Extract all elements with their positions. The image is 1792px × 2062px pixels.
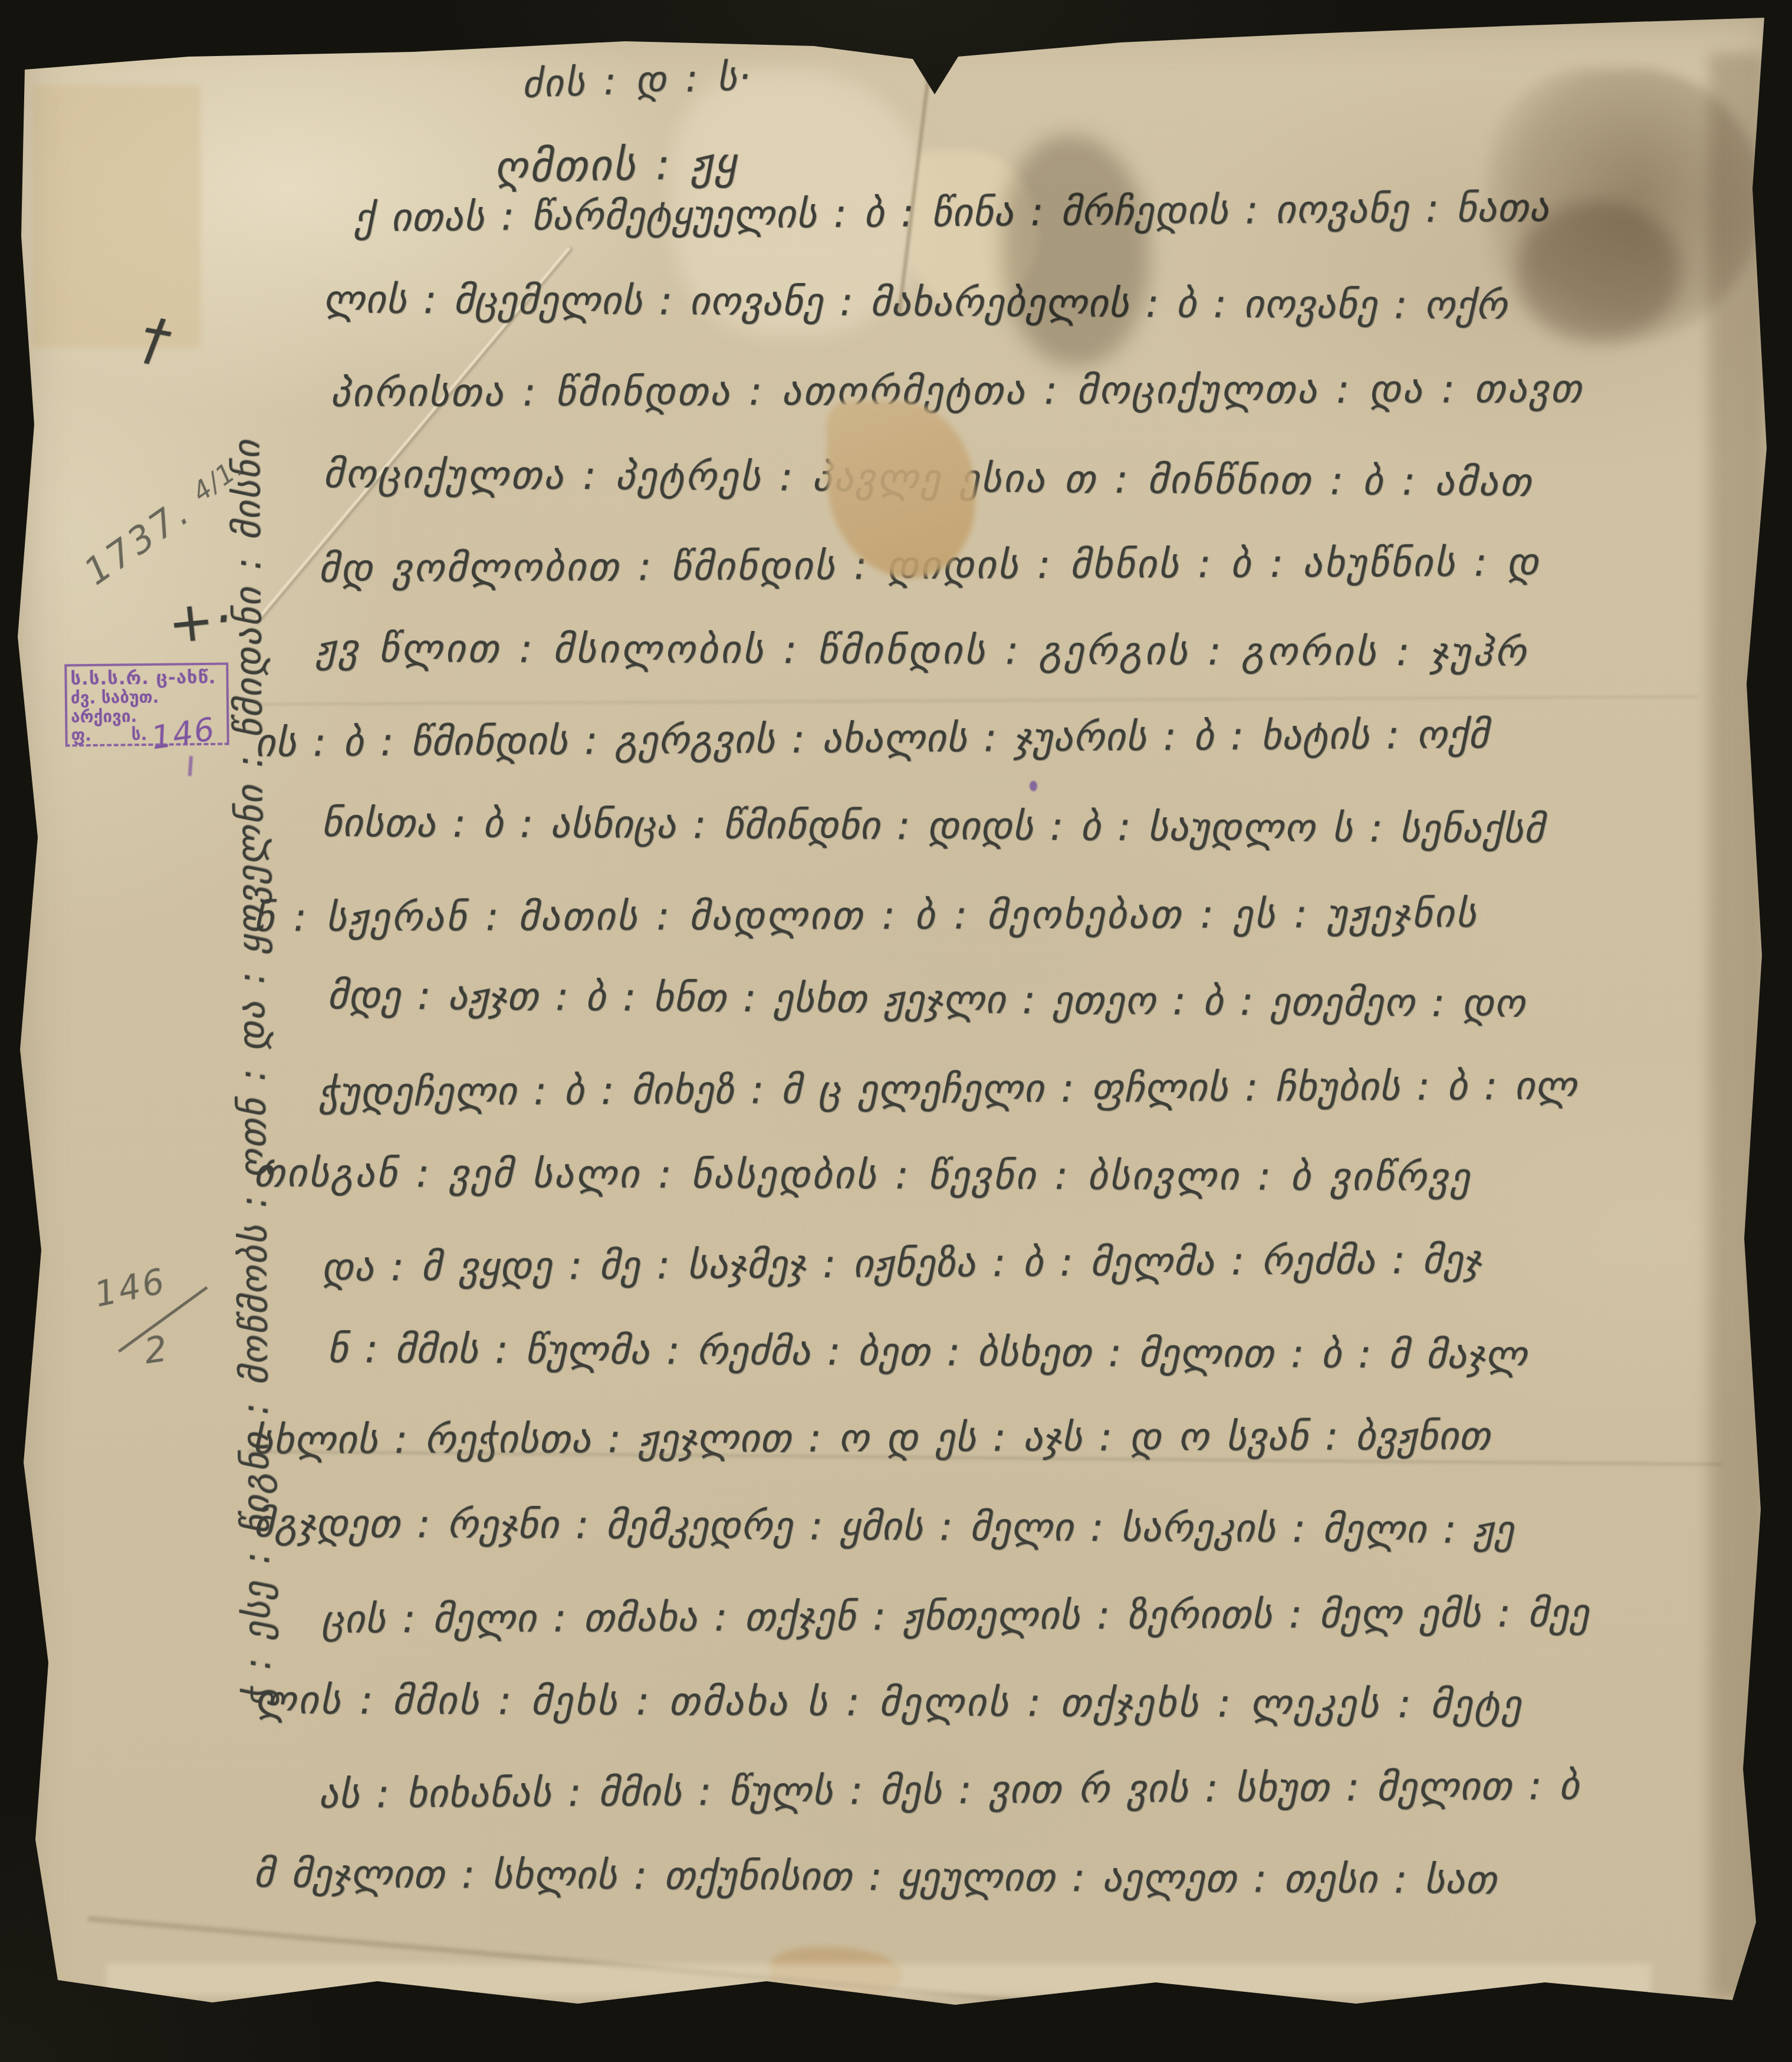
purple-ink-dot	[1030, 781, 1037, 791]
scanner-background: ძის : დ : ს· ღმთის : ჟყ ქ ითას : წარმეტყ…	[0, 0, 1792, 2062]
stamp-row-3: ფ. ს. 146	[71, 725, 224, 753]
manuscript-line: ლის : მცემელის : იოვანე : მახარებელის : …	[323, 277, 1508, 328]
pencil-year: 1737.	[76, 489, 199, 593]
archive-number-denominator: 2	[142, 1328, 170, 1373]
margin-cross-mark-lower: +·	[165, 587, 235, 656]
repair-patch-bottom	[770, 1947, 902, 2001]
pencil-archive-number: 146 2	[88, 1262, 236, 1392]
stamp-ink-tick	[188, 756, 193, 776]
manuscript-line: ნ : სჟერან : მათის : მადლით : ბ : მეოხებ…	[254, 890, 1478, 940]
manuscript-line: მგჯდეთ : რეჯნი : მემკედრე : ყმის : მელი …	[254, 1500, 1514, 1552]
diagonal-crease-bottom	[88, 1916, 1028, 2003]
manuscript-line: ცის : მელი : თმახა : თქჯენ : ჟნთელის : ზ…	[321, 1590, 1590, 1642]
manuscript-line: სხლის : რეჭისთა : ჟეჯლით : ო დ ეს : აჯს …	[252, 1413, 1491, 1462]
manuscript-line: პირისთა : წმინდთა : ათორმეტთა : მოციქულთ…	[330, 366, 1583, 415]
manuscript-line: მდ ვომლობით : წმინდის : დიდის : მხნის : …	[318, 540, 1540, 591]
manuscript-line: მოციქულთა : პეტრეს : პავლე ესია თ : მინწ…	[323, 451, 1533, 505]
bottom-edge-light-strip	[106, 1964, 1651, 1996]
stamp-row-1: ს.ს.ს.რ. ც-ახწ.	[70, 667, 223, 689]
manuscript-line: და : მ ვყდე : მე : საჯმეჯ : იჟნეზა : ბ :…	[321, 1236, 1482, 1290]
archive-stamp: ს.ს.ს.რ. ც-ახწ. ძვ. საბუთ. არქივი. ფ. ს.…	[64, 663, 229, 747]
manuscript-line: ნ : მმის : წულმა : რეძმა : ბეთ : ბსხეთ :…	[327, 1326, 1528, 1378]
manuscript-page: ძის : დ : ს· ღმთის : ჟყ ქ ითას : წარმეტყ…	[0, 0, 1792, 2062]
manuscript-line: ნისთა : ბ : ასნიცა : წმინდნი : დიდს : ბ …	[321, 800, 1545, 852]
stamp-number-handwritten: 146	[150, 716, 217, 752]
header-invocation-line-1: ძის : დ : ს·	[521, 55, 753, 107]
manuscript-line: თისგან : ვემ სალი : ნასედბის : წევნი : ბ…	[254, 1150, 1471, 1199]
ink-smudge-top-center	[1002, 136, 1150, 366]
right-edge-shadow	[1709, 53, 1765, 1999]
manuscript-line: ქ ითას : წარმეტყუელის : ბ : წინა : მრჩედ…	[354, 185, 1550, 241]
stamp-fond-label: ფ.	[71, 726, 91, 744]
header-invocation-line-2: ღმთის : ჟყ	[494, 138, 738, 192]
manuscript-line: ის : ბ : წმინდის : გერგვის : ახალის : ჯუ…	[255, 712, 1490, 766]
tear-crease-top-center	[897, 63, 932, 315]
manuscript-line: მდე : აჟჯთ : ბ : ხნთ : ესხთ ჟეჯლი : ეთეო…	[327, 972, 1525, 1026]
margin-vertical-note: ჭ : ესე : წიგნი : მოწმობს : ღთნ : და : ყ…	[225, 439, 279, 1707]
margin-cross-mark-upper: †	[136, 305, 176, 375]
manuscript-line: ას : ხიხანას : მმის : წულს : მეს : ვით რ…	[318, 1763, 1580, 1817]
stamp-number-label: ს.	[131, 726, 147, 744]
horizontal-crease-upper	[254, 696, 1698, 706]
manuscript-line: ჟვ წლით : მსილობის : წმინდის : გერგის : …	[315, 625, 1528, 675]
manuscript-line: ჭუდეჩელი : ბ : მიხეზ : მ ც ელეჩელი : ფჩლ…	[318, 1063, 1577, 1114]
tape-patch-top-left	[32, 85, 200, 348]
archive-number-numerator: 146	[91, 1261, 170, 1315]
manuscript-line: მ მეჯლით : სხლის : თქუნისით : ყეულით : ა…	[254, 1850, 1497, 1902]
manuscript-line: ლის : მმის : მეხს : თმახა ს : მელის : თქ…	[255, 1677, 1523, 1727]
